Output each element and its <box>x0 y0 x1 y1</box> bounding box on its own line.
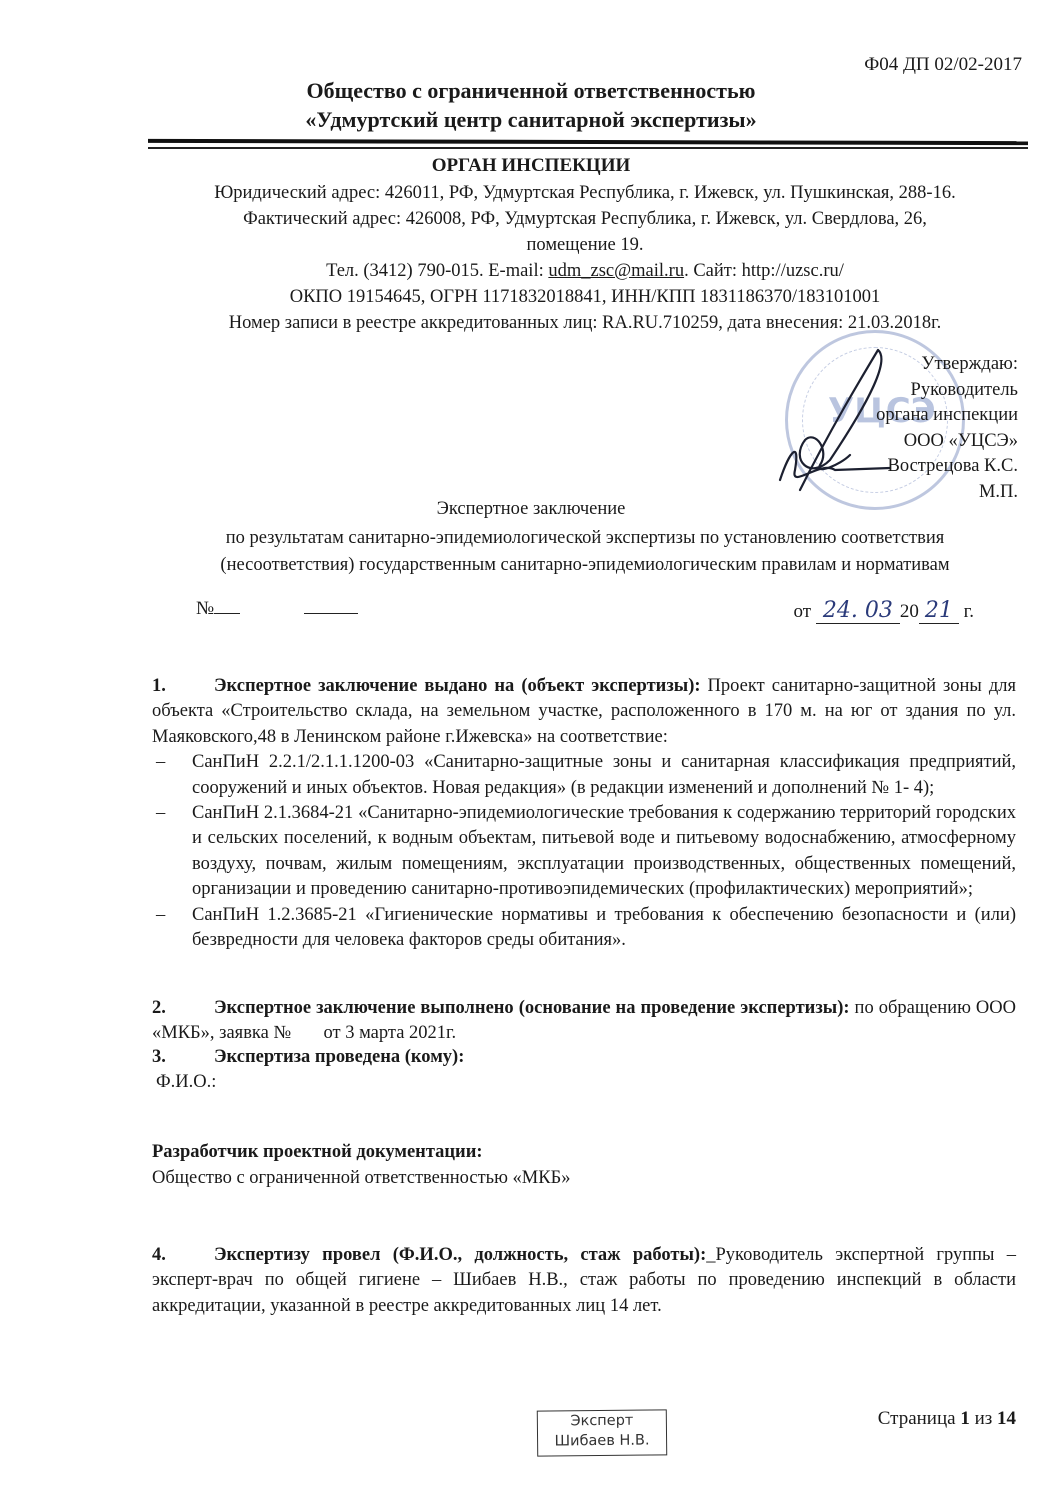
section-3-heading: Экспертиза проведена (кому): <box>214 1047 464 1067</box>
norm-item-text: СанПиН 2.1.3684-21 «Санитарно-эпидемиоло… <box>192 803 1016 899</box>
contacts-prefix: Тел. (3412) 790-015. E-mail: <box>326 261 548 281</box>
page-of: из <box>975 1408 993 1429</box>
organization-title-line1: Общество с ограниченной ответственностью <box>0 76 1062 105</box>
date-prefix: от <box>794 601 812 622</box>
actual-address-line1: Фактический адрес: 426008, РФ, Удмуртска… <box>140 206 1030 232</box>
developer-heading: Разработчик проектной документации: <box>152 1142 483 1163</box>
email-link[interactable]: udm_zsc@mail.ru <box>548 261 684 281</box>
section-1-number: 1. <box>152 674 214 699</box>
date-suffix: г. <box>964 601 974 622</box>
norm-item-text: СанПиН 1.2.3685-21 «Гигиенические нормат… <box>192 905 1016 950</box>
dash-bullet: – <box>156 903 165 928</box>
section-2: 2.Экспертное заключение выполнено (основ… <box>152 996 1016 1047</box>
form-code: Ф04 ДП 02/02-2017 <box>864 54 1022 76</box>
contacts: Тел. (3412) 790-015. E-mail: udm_zsc@mai… <box>140 258 1030 284</box>
approval-block: Утверждаю: Руководитель органа инспекции… <box>876 352 1018 505</box>
section-4: 4.Экспертизу провел (Ф.И.О., должность, … <box>152 1243 1016 1319</box>
conclusion-subtitle-line1: по результатам санитарно-эпидемиологичес… <box>140 525 1030 552</box>
section-1-intro: 1.Экспертное заключение выдано на (объек… <box>152 674 1016 750</box>
conclusion-subtitle: по результатам санитарно-эпидемиологичес… <box>140 525 1030 579</box>
approval-line2: Руководитель <box>876 378 1018 404</box>
norm-item: –СанПиН 1.2.3685-21 «Гигиенические норма… <box>152 903 1016 954</box>
section-3: 3.Экспертиза проведена (кому): <box>152 1045 1016 1070</box>
document-number: № <box>196 598 358 620</box>
page-current: 1 <box>960 1408 970 1429</box>
dash-bullet: – <box>156 801 165 826</box>
organization-title: Общество с ограниченной ответственностью… <box>0 76 1062 134</box>
norm-item: –СанПиН 2.2.1/2.1.1.1200-03 «Санитарно-з… <box>152 750 1016 801</box>
document-date: от 24. 032021 г. <box>794 598 974 624</box>
expert-stamp-line1: Эксперт <box>538 1410 666 1431</box>
section-4-heading: Экспертизу провел (Ф.И.О., должность, ст… <box>214 1245 706 1265</box>
approval-line1: Утверждаю: <box>876 352 1018 378</box>
page-label: Страница <box>878 1408 956 1429</box>
inspection-heading: ОРГАН ИНСПЕКЦИИ <box>0 155 1062 177</box>
section-2-heading: Экспертное заключение выполнено (основан… <box>214 998 850 1018</box>
number-blank-2 <box>304 613 358 614</box>
developer-name: Общество с ограниченной ответственностью… <box>152 1168 570 1189</box>
section-3-number: 3. <box>152 1045 214 1070</box>
number-label: № <box>196 598 214 619</box>
legal-address: Юридический адрес: 426011, РФ, Удмуртска… <box>140 180 1030 206</box>
organization-title-line2: «Удмуртский центр санитарной экспертизы» <box>0 105 1062 134</box>
actual-address-line2: помещение 19. <box>140 232 1030 258</box>
header-rule-thick <box>148 139 1028 145</box>
approval-line5: Вострецова К.С. <box>876 454 1018 480</box>
expert-stamp-line2: Шибаев Н.В. <box>538 1430 666 1451</box>
contacts-site: . Сайт: http://uzsc.ru/ <box>684 261 844 281</box>
section-1-heading: Экспертное заключение выдано на (объект … <box>214 676 701 696</box>
approval-line6: М.П. <box>876 480 1018 506</box>
page-total: 14 <box>997 1408 1016 1429</box>
norm-item-text: СанПиН 2.2.1/2.1.1.1200-03 «Санитарно-за… <box>192 752 1016 797</box>
section-4-number: 4. <box>152 1243 214 1268</box>
norm-item: –СанПиН 2.1.3684-21 «Санитарно-эпидемиол… <box>152 801 1016 903</box>
fio-label: Ф.И.О.: <box>156 1072 216 1093</box>
date-day-month: 24. 03 <box>816 598 900 624</box>
header-rule-thin <box>148 147 1028 149</box>
approval-line4: ООО «УЦСЭ» <box>876 429 1018 455</box>
section-1: 1.Экспертное заключение выдано на (объек… <box>152 674 1016 953</box>
dash-bullet: – <box>156 750 165 775</box>
conclusion-subtitle-line2: (несоответствия) государственным санитар… <box>140 552 1030 579</box>
expert-stamp: Эксперт Шибаев Н.В. <box>537 1409 667 1456</box>
approval-line3: органа инспекции <box>876 403 1018 429</box>
registry-codes: ОКПО 19154645, ОГРН 1171832018841, ИНН/К… <box>140 284 1030 310</box>
date-year: 21 <box>919 598 959 624</box>
address-block: Юридический адрес: 426011, РФ, Удмуртска… <box>140 180 1030 336</box>
section-2-number: 2. <box>152 996 214 1021</box>
date-century: 20 <box>900 601 919 622</box>
number-blank <box>214 613 240 614</box>
page-number: Страница 1 из 14 <box>878 1408 1016 1430</box>
